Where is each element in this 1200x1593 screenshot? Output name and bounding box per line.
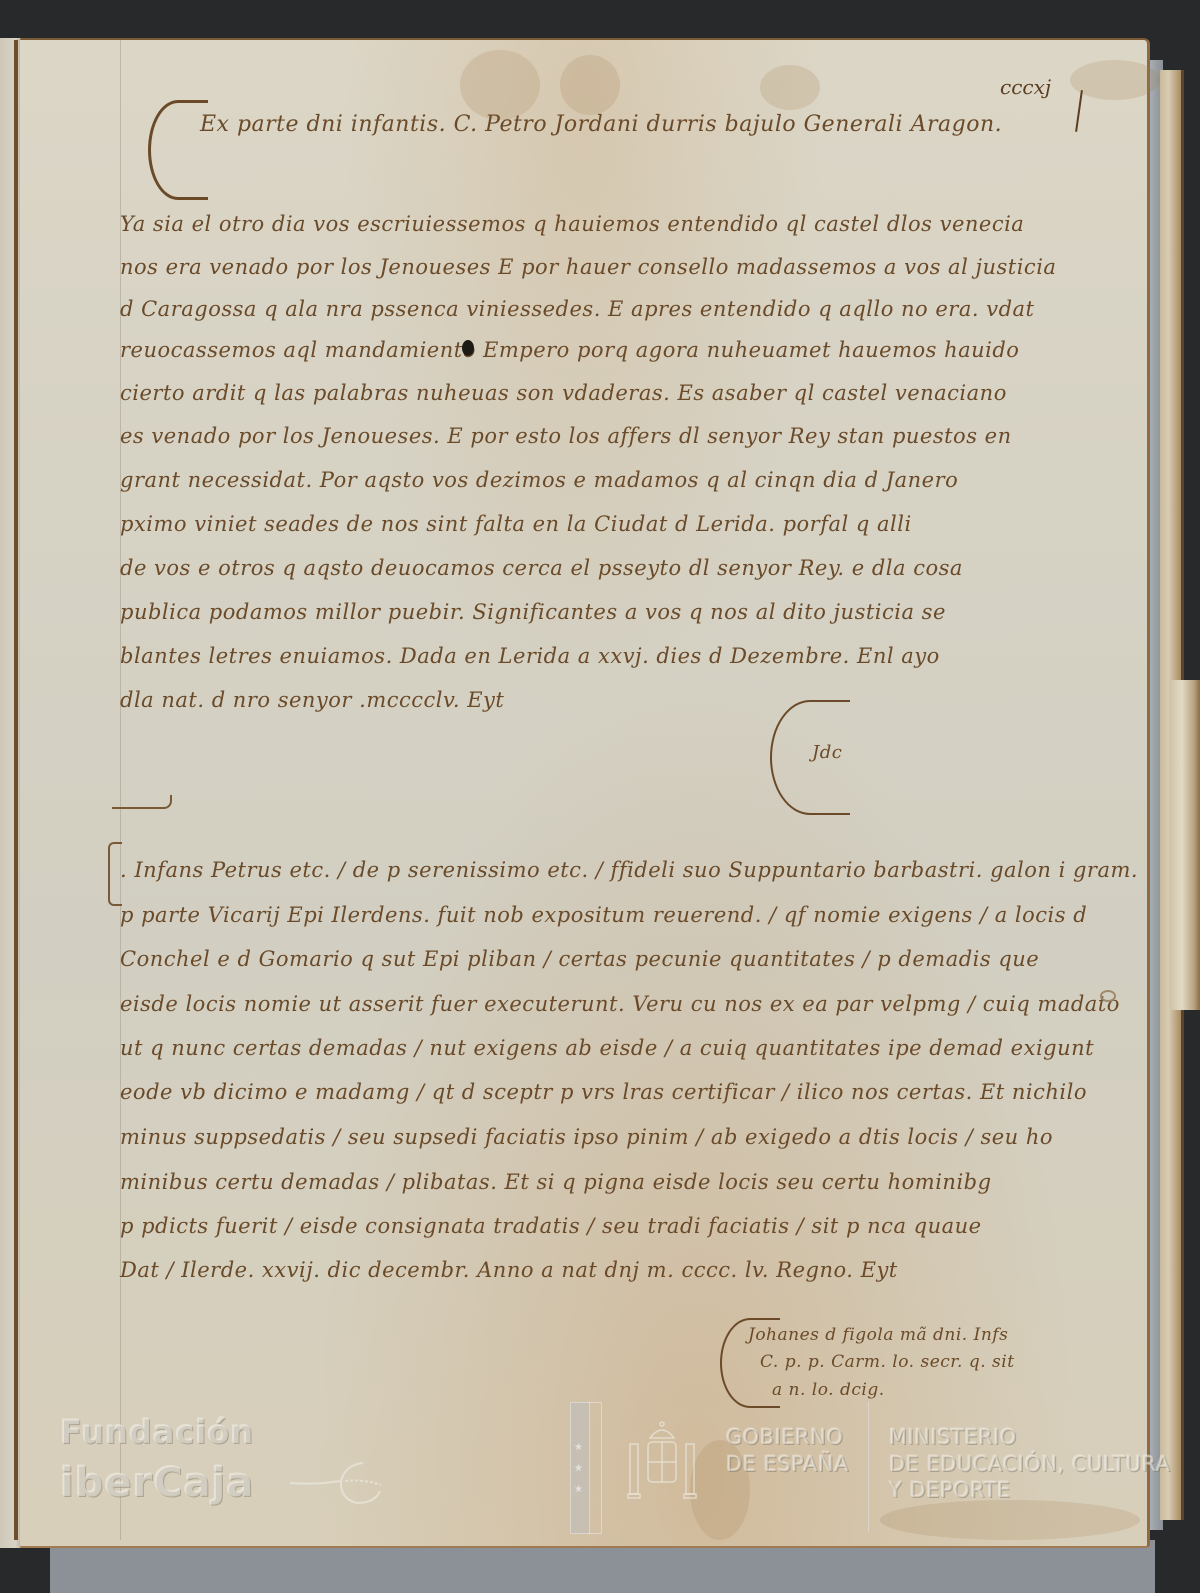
letter-2-line: ut q nunc certas demadas / nut exigens a… — [120, 1036, 1094, 1060]
letter-1-line: nos era venado por los Jenoueses E por h… — [120, 255, 1056, 279]
watermark-foundation-line1: Fundación — [60, 1413, 254, 1451]
paragraph-mark-icon — [148, 100, 208, 200]
notary-line: Johanes d figola mã dni. Infs — [748, 1325, 1008, 1345]
letter-1-line: es venado por los Jenoueses. E por esto … — [120, 424, 1012, 448]
watermark-government-line1: GOBIERNO — [726, 1425, 844, 1449]
signature-mark: Jdc — [812, 742, 842, 763]
foxing-stain — [1070, 60, 1160, 100]
left-binding-strip — [0, 38, 22, 1548]
separator-flourish — [112, 795, 172, 809]
letter-2-line: p parte Vicarij Epi Ilerdens. fuit nob e… — [120, 903, 1087, 927]
watermark-ministry-line3: Y DEPORTE — [889, 1478, 1011, 1502]
letter-1-line: dla nat. d nro senyor .mcccclv. Eyt — [120, 688, 504, 712]
letter-2-line: eisde locis nomie ut asserit fuer execut… — [120, 992, 1120, 1016]
manuscript-scan: cccxj Ex parte dni infantis. C. Petro Jo… — [0, 0, 1200, 1593]
foxing-stain — [560, 55, 620, 115]
letter-1-line: de vos e otros q aqsto deuocamos cerca e… — [120, 556, 963, 580]
foxing-stain — [760, 65, 820, 110]
foxing-stain — [460, 50, 540, 120]
folio-number: cccxj — [1000, 75, 1051, 99]
watermark-divider — [868, 1402, 869, 1532]
letter-1-line: grant necessidat. Por aqsto vos dezimos … — [120, 468, 958, 492]
notary-line: a n. lo. dcig. — [772, 1380, 885, 1400]
letter-2-line: Conchel e d Gomario q sut Epi pliban / c… — [120, 947, 1039, 971]
foxing-stain — [880, 1500, 1140, 1540]
watermark-government-line2: DE ESPAÑA — [726, 1452, 849, 1476]
letter-1-line: Ya sia el otro dia vos escriuiessemos q … — [120, 212, 1024, 236]
star-icon: ★ — [574, 1442, 583, 1453]
letter-1-line: publica podamos millor puebir. Significa… — [120, 600, 946, 624]
watermark-ministry-line1: MINISTERIO — [889, 1425, 1017, 1449]
heading: Ex parte dni infantis. C. Petro Jordani … — [200, 112, 1002, 137]
letter-2-line: minus suppsedatis / seu supsedi faciatis… — [120, 1125, 1053, 1149]
letter-1-line: blantes letres enuiamos. Dada en Lerida … — [120, 644, 940, 668]
star-icon: ★ — [574, 1463, 583, 1474]
letter-1-line: d Caragossa q ala nra pssenca viniessede… — [120, 297, 1034, 321]
letter-1-line: cierto ardit q las palabras nuheuas son … — [120, 381, 1007, 405]
gutter-binding — [14, 40, 18, 1540]
flag-bracket — [588, 1402, 602, 1534]
letter-2-line: p pdicts fuerit / eisde consignata trada… — [120, 1214, 982, 1238]
star-icon: ★ — [574, 1484, 583, 1495]
letter-1-line: reuocassemos aql mandamiento Empero porq… — [120, 338, 1019, 362]
watermark-ministry-line2: DE EDUCACIÓN, CULTURA — [889, 1452, 1171, 1476]
letter-2-line: Dat / Ilerde. xxvij. dic decembr. Anno a… — [120, 1258, 898, 1282]
letter-2-line: eode vb dicimo e madamg / qt d sceptr p … — [120, 1080, 1087, 1104]
letter-1-line: pximo viniet seades de nos sint falta en… — [120, 512, 912, 536]
ring-mark — [1100, 990, 1116, 1002]
right-folded-tab — [1170, 680, 1200, 1010]
letter-2-line: . Infans Petrus etc. / de p serenissimo … — [120, 858, 1138, 882]
watermark-foundation-line2: iberCaja — [60, 1460, 254, 1506]
letter-2-line: minibus certu demadas / plibatas. Et si … — [120, 1170, 992, 1194]
coat-of-arms-icon — [622, 1420, 702, 1504]
paper-hole — [462, 340, 474, 356]
notary-line: C. p. p. Carm. lo. secr. q. sit — [760, 1352, 1015, 1372]
ibercaja-logo-icon — [285, 1455, 385, 1515]
